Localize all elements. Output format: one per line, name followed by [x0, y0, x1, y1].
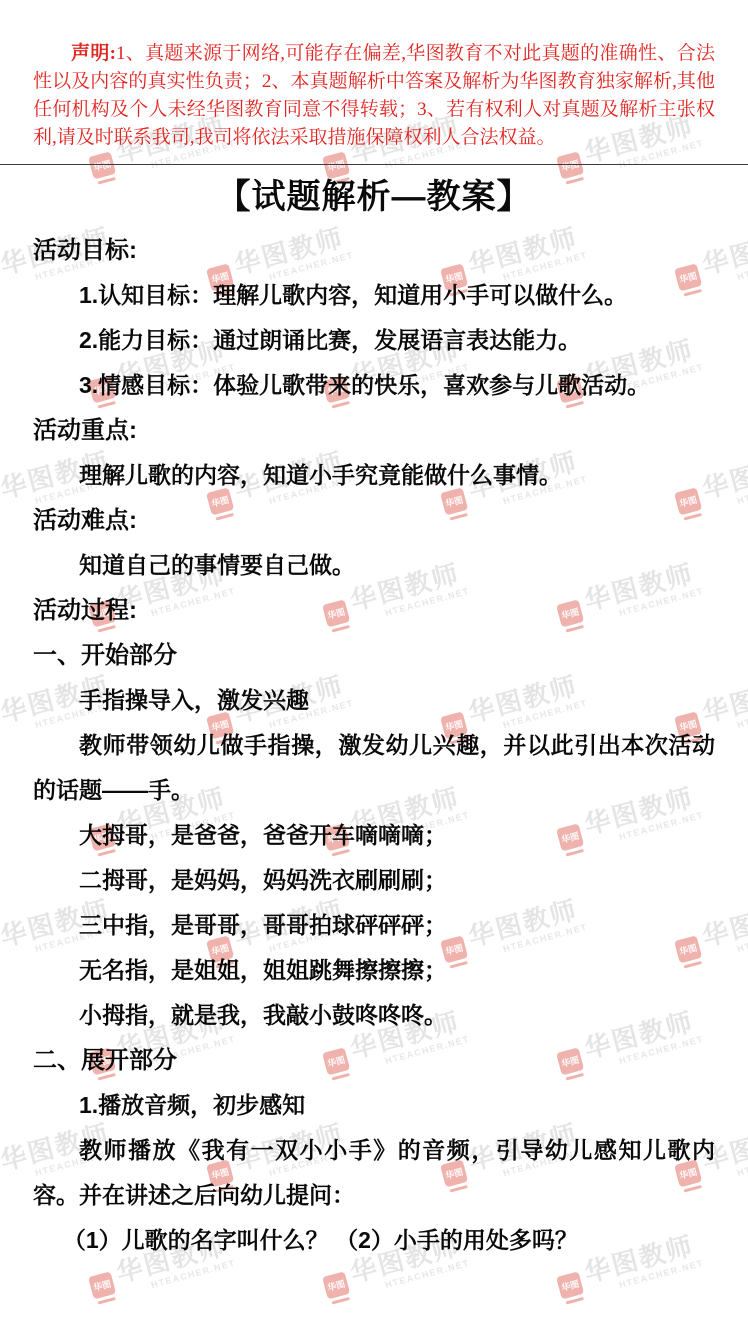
- huatu-logo-caption: [565, 1297, 583, 1305]
- section-heading: 活动重点:: [33, 408, 715, 453]
- body-line: （1）儿歌的名字叫什么？ （2）小手的用处多吗？: [33, 1218, 715, 1263]
- disclaimer-text: 1、真题来源于网络,可能存在偏差,华图教育不对此真题的准确性、合法性以及内容的真…: [33, 43, 715, 148]
- body-line: 二拇哥，是妈妈，妈妈洗衣刷刷刷；: [33, 858, 715, 903]
- page-title: 【试题解析—教案】: [33, 175, 715, 219]
- section-heading: 二、展开部分: [33, 1038, 715, 1083]
- disclaimer-label: 声明:: [71, 43, 116, 64]
- body-line: 知道自己的事情要自己做。: [33, 543, 715, 588]
- huatu-logo-caption: [97, 1297, 115, 1305]
- body-line: 手指操导入，激发兴趣: [33, 678, 715, 723]
- document-content: 活动目标:1.认知目标：理解儿歌内容，知道用小手可以做什么。2.能力目标：通过朗…: [33, 228, 715, 1263]
- disclaimer: 声明:1、真题来源于网络,可能存在偏差,华图教育不对此真题的准确性、合法性以及内…: [33, 40, 715, 152]
- body-line: 三中指，是哥哥，哥哥拍球砰砰砰；: [33, 903, 715, 948]
- body-line: 大拇哥，是爸爸，爸爸开车嘀嘀嘀；: [33, 813, 715, 858]
- body-line: 无名指，是姐姐，姐姐跳舞擦擦擦；: [33, 948, 715, 993]
- huatu-logo-icon: 华图: [322, 1271, 352, 1305]
- body-line: 1.认知目标：理解儿歌内容，知道用小手可以做什么。: [33, 273, 715, 318]
- huatu-logo-square: 华图: [556, 1271, 584, 1299]
- body-line: 教师带领幼儿做手指操，激发幼儿兴趣，并以此引出本次活动的话题——手。: [33, 723, 715, 813]
- section-heading: 活动过程:: [33, 588, 715, 633]
- document-page: 华图华图教师HTEACHER.NET华图华图教师HTEACHER.NET华图华图…: [0, 0, 748, 1334]
- huatu-logo-square: 华图: [88, 1271, 116, 1299]
- divider-line: [0, 164, 748, 165]
- huatu-logo-square: 华图: [322, 1271, 350, 1299]
- section-heading: 一、开始部分: [33, 633, 715, 678]
- body-line: 3.情感目标：体验儿歌带来的快乐，喜欢参与儿歌活动。: [33, 363, 715, 408]
- body-line: 理解儿歌的内容，知道小手究竟能做什么事情。: [33, 453, 715, 498]
- body-line: 小拇指，就是我，我敲小鼓咚咚咚。: [33, 993, 715, 1038]
- huatu-logo-icon: 华图: [556, 1271, 586, 1305]
- section-heading: 活动目标:: [33, 228, 715, 273]
- body-line: 2.能力目标：通过朗诵比赛，发展语言表达能力。: [33, 318, 715, 363]
- document-body: 声明:1、真题来源于网络,可能存在偏差,华图教育不对此真题的准确性、合法性以及内…: [0, 0, 748, 1263]
- section-heading: 活动难点:: [33, 498, 715, 543]
- body-line: 1.播放音频，初步感知: [33, 1083, 715, 1128]
- huatu-logo-caption: [331, 1297, 349, 1305]
- body-line: 教师播放《我有一双小小手》的音频，引导幼儿感知儿歌内容。并在讲述之后向幼儿提问：: [33, 1128, 715, 1218]
- huatu-logo-icon: 华图: [88, 1271, 118, 1305]
